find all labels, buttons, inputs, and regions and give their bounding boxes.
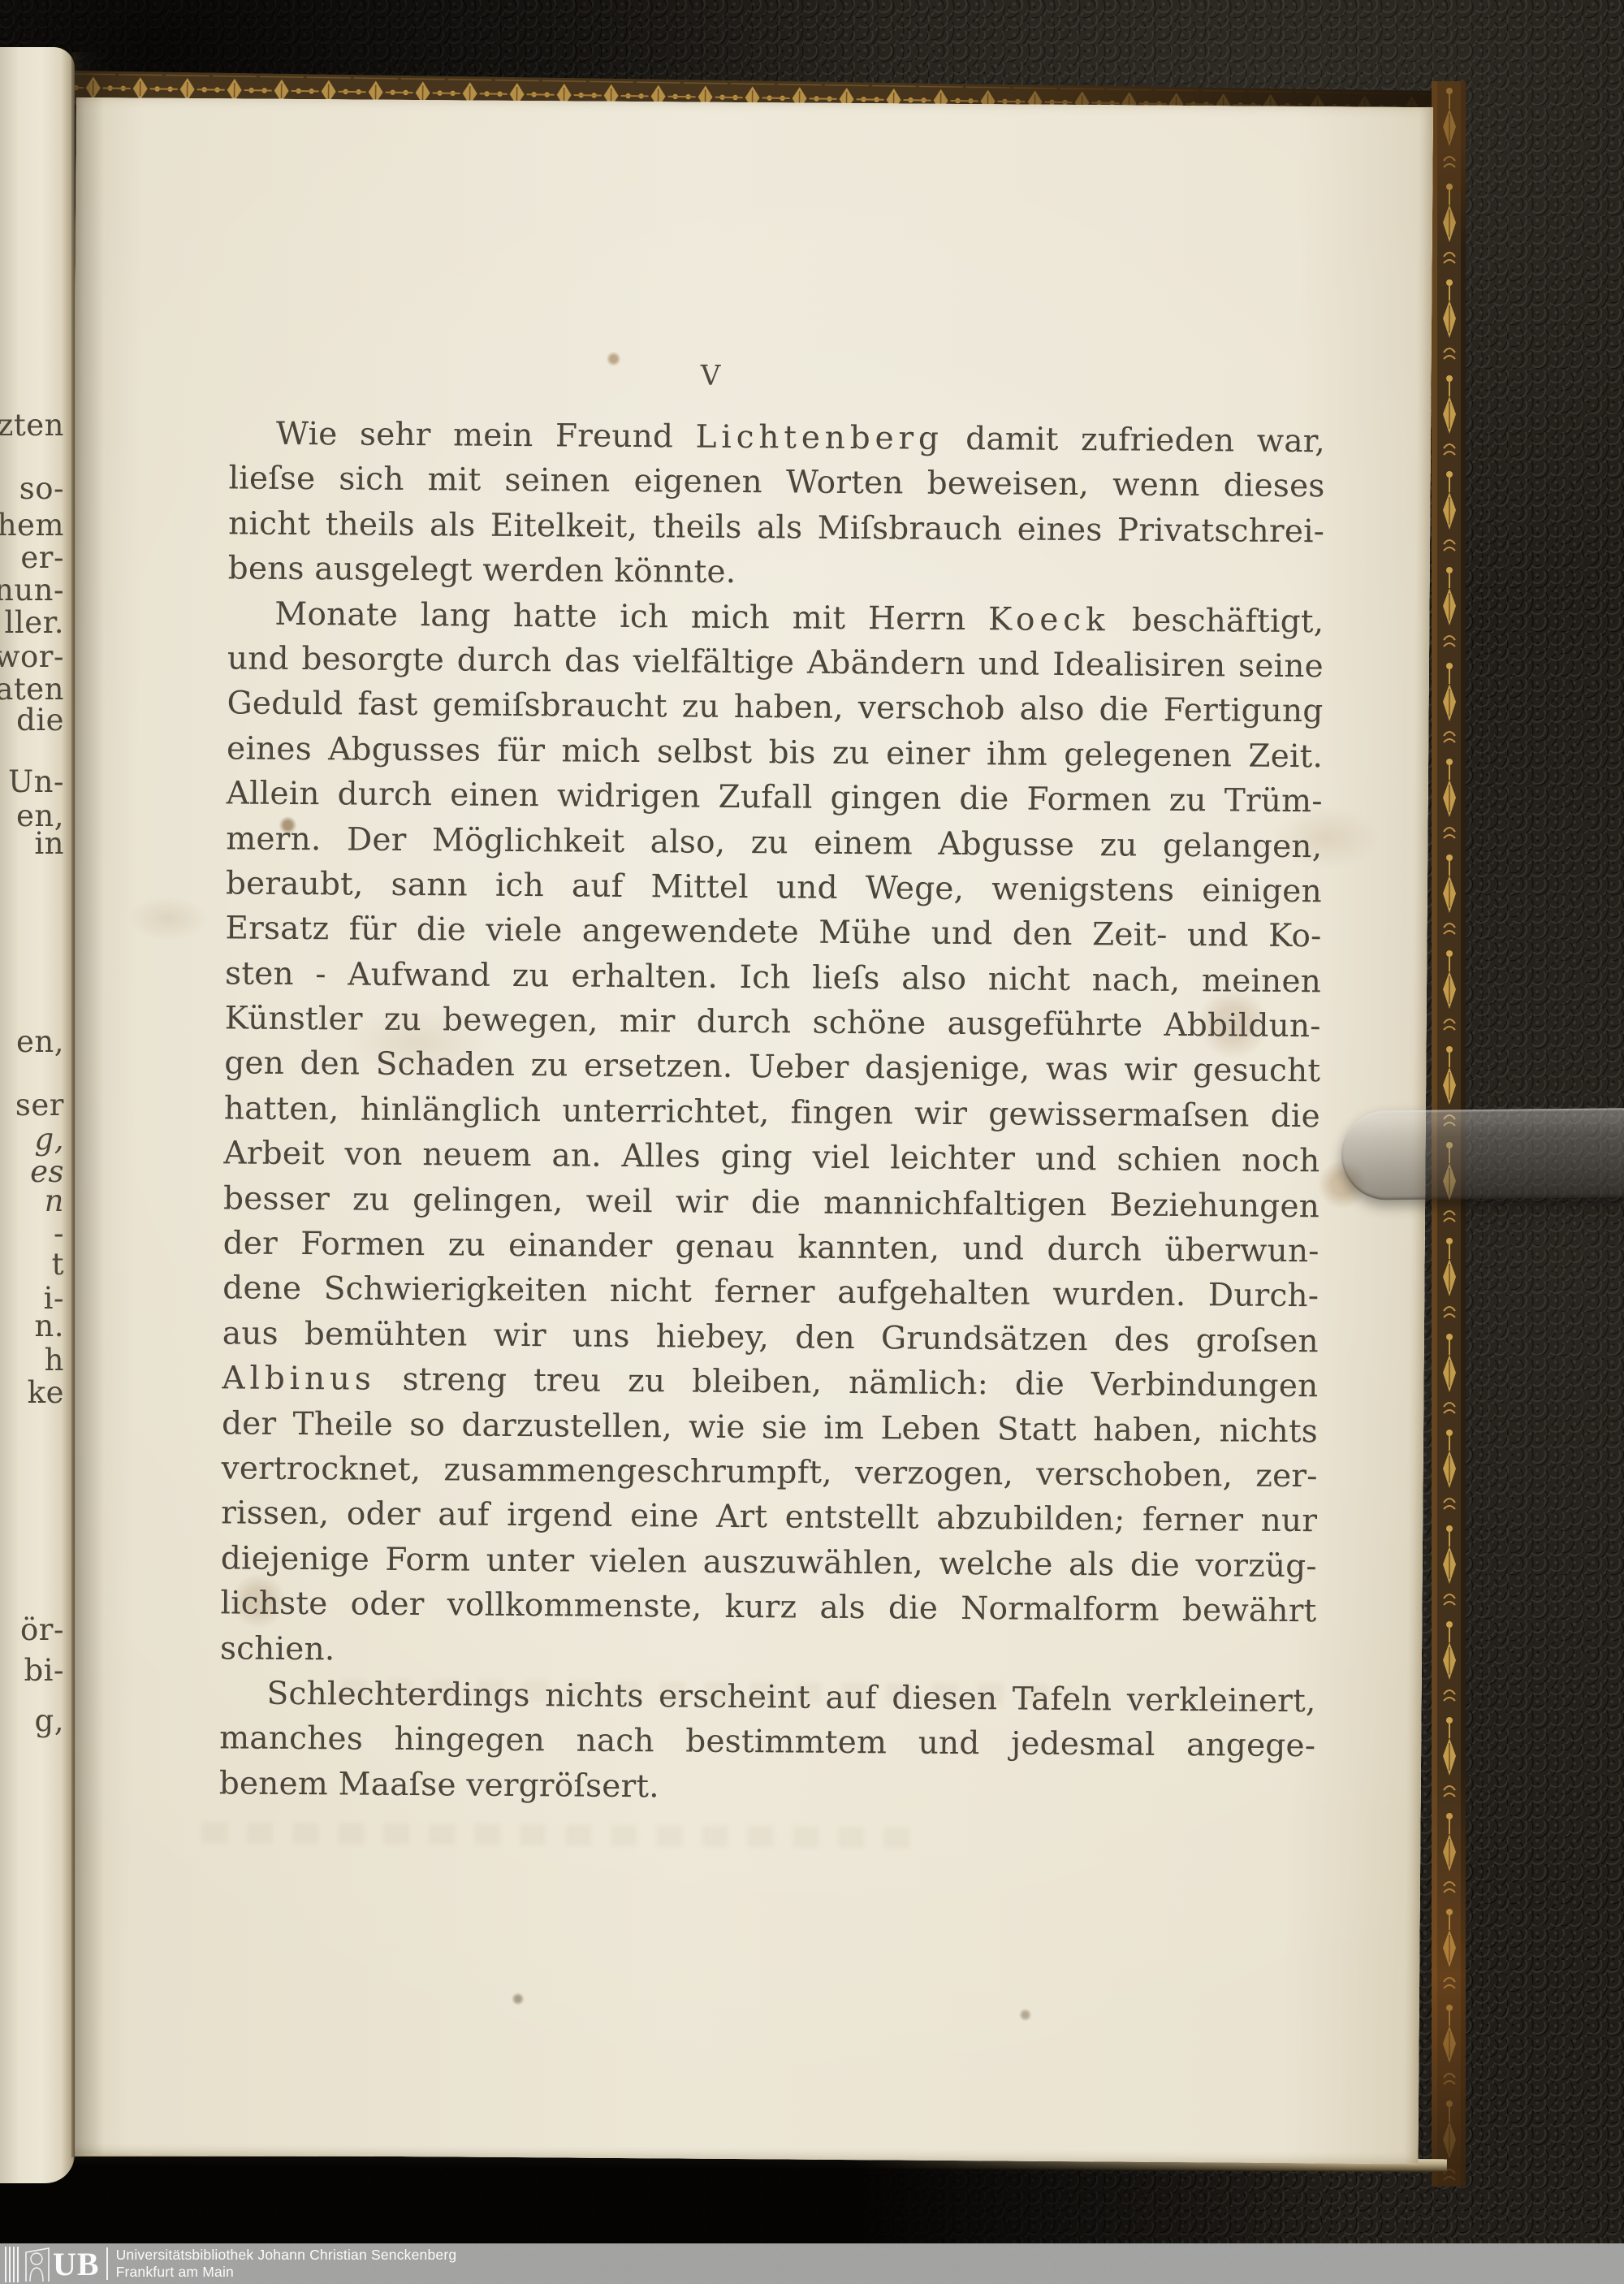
text-line: sten - Aufwand zu erhalten. Ich lieſs al… [225, 951, 1321, 1004]
text-line: nicht theils als Eitelkeit, theils als M… [228, 501, 1324, 554]
margin-fragment: es [30, 1157, 64, 1187]
margin-fragment: wor- [0, 642, 64, 672]
text-line: Schlechterdings nichts erscheint auf die… [219, 1671, 1315, 1724]
margin-fragment: nun- [0, 575, 64, 605]
margin-fragment: - [54, 1218, 64, 1248]
text-line: bens ausgelegt werden könnte. [228, 547, 1324, 599]
text-line: Albinus streng treu zu bleiben, nämlich:… [222, 1356, 1318, 1409]
ub-logo: UB [5, 2245, 100, 2282]
margin-fragment: er- [20, 543, 64, 573]
book-scan: V Wie sehr mein Freund Lichtenberg damit… [0, 0, 1624, 2284]
text-line: lichste oder vollkommenste, kurz als die… [220, 1581, 1316, 1634]
text-line: vertrocknet, zusammengeschrumpft, verzog… [221, 1446, 1317, 1499]
text-line: benem Maaſse vergröſsert. [219, 1761, 1315, 1814]
text-line: gen den Schaden zu ersetzen. Ueber dasje… [224, 1041, 1320, 1094]
logo-spine-lines-icon [5, 2247, 21, 2282]
text-line: und besorgte durch das vielfältige Abänd… [227, 636, 1324, 689]
margin-fragment: n [45, 1186, 64, 1216]
text-line: manches hingegen nach bestimmtem und jed… [219, 1716, 1315, 1769]
library-watermark-bar: UB Universitätsbibliothek Johann Christi… [0, 2243, 1624, 2284]
margin-fragment: en, [16, 1027, 64, 1057]
library-city: Frankfurt am Main [116, 2264, 457, 2281]
text-line: Geduld fast gemiſsbraucht zu haben, vers… [227, 681, 1323, 734]
text-line: schien. [220, 1626, 1316, 1679]
library-name: Universitätsbibliothek Johann Christian … [116, 2247, 457, 2264]
margin-fragment: t [52, 1249, 64, 1279]
ub-logo-text: UB [53, 2247, 100, 2282]
margin-fragment: h [45, 1345, 64, 1375]
margin-fragment: ller. [5, 608, 64, 638]
text-line: diejenige Form unter vielen auszuwählen,… [221, 1536, 1317, 1589]
text-line: Wie sehr mein Freund Lichtenberg damit z… [229, 411, 1325, 464]
text-line: hatten, hinlänglich unterrichtet, fingen… [224, 1086, 1320, 1139]
logo-separator [106, 2247, 108, 2280]
margin-fragment: g, [35, 1124, 64, 1154]
text-line: dene Schwierigkeiten nicht ferner aufgeh… [222, 1266, 1319, 1319]
margin-fragment: ser [15, 1090, 64, 1120]
margin-fragment: die [16, 705, 64, 735]
text-line: rissen, oder auf irgend eine Art entstel… [221, 1491, 1317, 1544]
text-line: Arbeit von neuem an. Alles ging viel lei… [223, 1131, 1319, 1184]
margin-fragment: ke [28, 1378, 64, 1408]
acrylic-page-holder [1341, 1108, 1624, 1200]
text-line: Monate lang hatte ich mich mit Herrn Koe… [227, 591, 1324, 644]
margin-fragment: ör- [20, 1615, 64, 1645]
text-line: mern. Der Möglichkeit also, zu einem Abg… [226, 816, 1322, 869]
margin-fragment: bi- [24, 1655, 64, 1685]
book-shadow [0, 2156, 1380, 2244]
text-line: aus bemühten wir uns hiebey, den Grundsä… [222, 1311, 1319, 1364]
margin-fragment: so- [19, 474, 64, 504]
text-line: der Formen zu einander genau kannten, un… [222, 1221, 1319, 1274]
text-line: der Theile so darzustellen, wie sie im L… [222, 1401, 1318, 1454]
text-line: lieſse sich mit seinen eigenen Worten be… [228, 456, 1324, 509]
text-line: eines Abgusses für mich selbst bis zu ei… [227, 726, 1323, 779]
page-number: V [676, 359, 745, 392]
text-line: Allein durch einen widrigen Zufall ginge… [227, 772, 1323, 824]
margin-fragment: Un- [8, 767, 64, 797]
text-line: Künstler zu bewegen, mir durch schöne au… [224, 996, 1320, 1049]
text-line: beraubt, sann ich auf Mittel und Wege, w… [226, 861, 1322, 914]
text-line: besser zu gelingen, weil wir die mannich… [223, 1176, 1319, 1229]
senckenberg-portrait-icon [24, 2247, 51, 2282]
margin-fragment: zten [0, 410, 64, 440]
margin-fragment: in [34, 828, 64, 859]
facing-page-sliver: ztenso-hemer-nun-ller.wor-atendieUn-en,i… [0, 47, 75, 2183]
ink-showthrough [201, 1822, 916, 1848]
text-line: Ersatz für die viele angewendete Mühe un… [225, 906, 1321, 959]
book-page: V Wie sehr mein Freund Lichtenberg damit… [61, 97, 1433, 2164]
margin-fragment: n. [34, 1311, 64, 1341]
margin-fragment: g, [35, 1706, 64, 1736]
margin-fragment: aten [0, 674, 64, 704]
margin-fragment: hem [0, 510, 64, 540]
text-block: Wie sehr mein Freund Lichtenberg damit z… [219, 411, 1326, 1814]
